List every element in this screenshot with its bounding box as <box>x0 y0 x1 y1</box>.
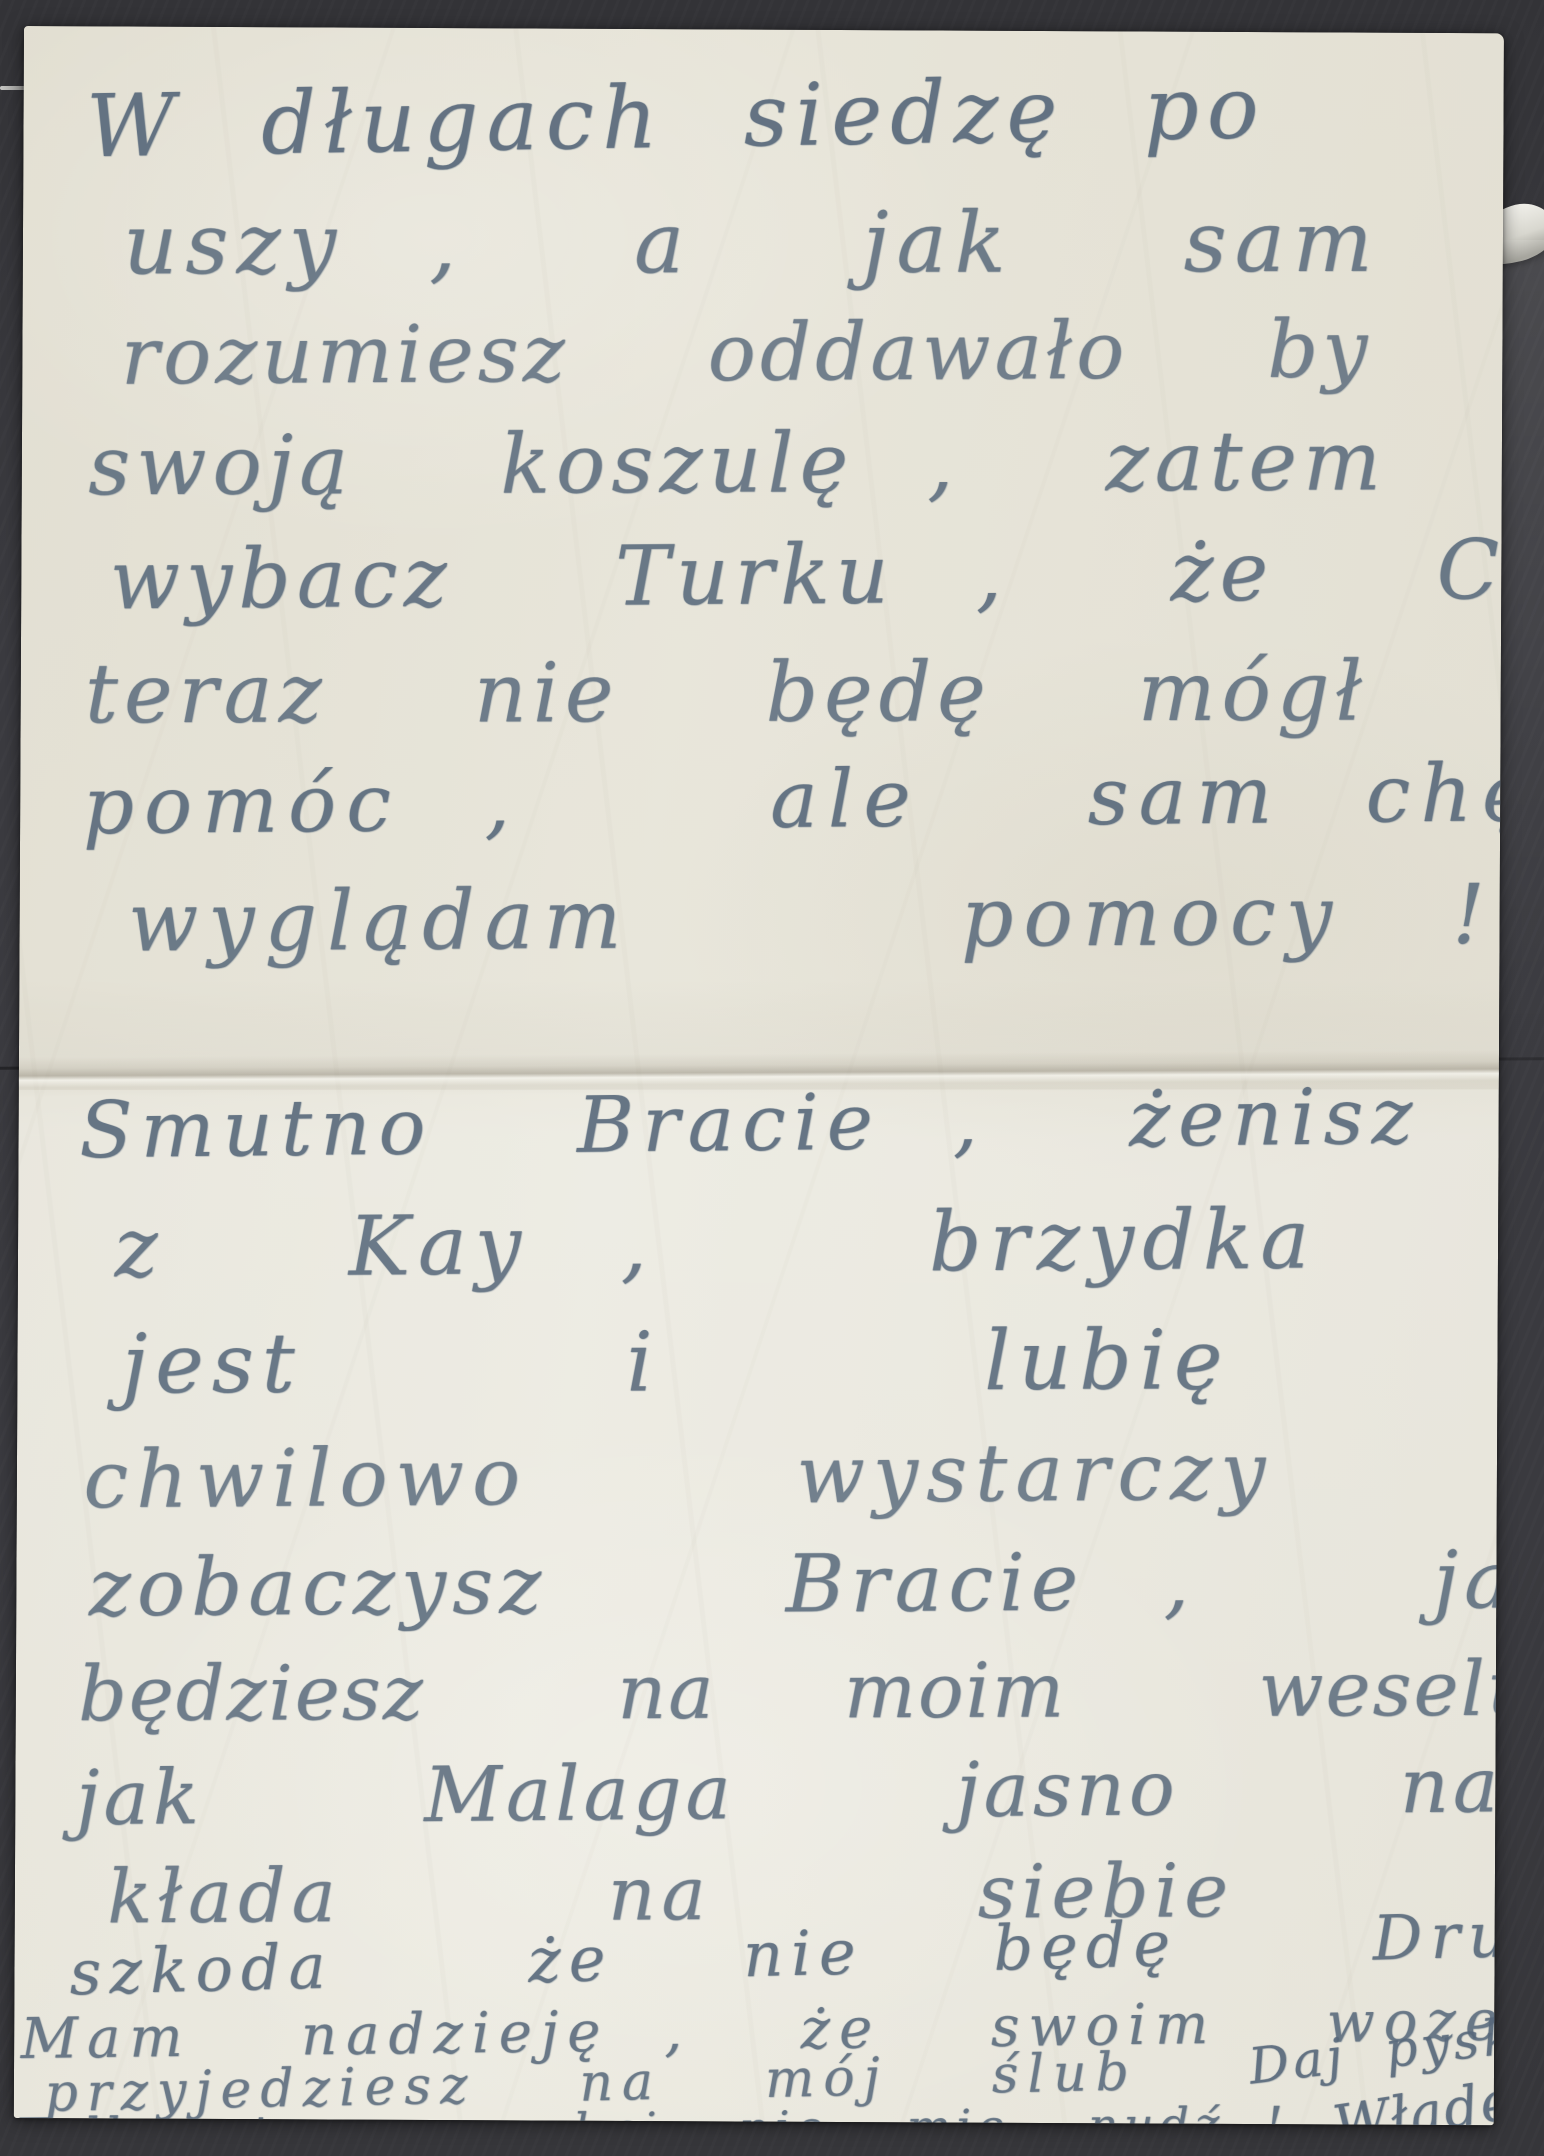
handwriting-line: teraz nie będę mógł <box>85 652 1368 737</box>
handwriting-line: z Kay , brzydka nie <box>114 1197 1504 1290</box>
background-light-band <box>1500 240 1544 1040</box>
handwriting-line: wybacz Turku , że Ci <box>109 530 1503 622</box>
handwriting-line: swoją koszulę , zatem <box>88 421 1387 508</box>
handwriting-line: jest i lubię ją , to <box>122 1317 1504 1407</box>
handwriting-line: uszy , a jak sam <box>123 200 1380 287</box>
handwriting-line: jak Malaga jasno na- <box>76 1747 1504 1836</box>
handwriting-line: chwilowo wystarczy <box>83 1432 1274 1521</box>
handwriting-line: wyglądam pomocy ! <box>128 875 1495 965</box>
handwriting-line: zobaczysz Bracie , jak <box>89 1540 1504 1628</box>
handwriting-line: Smutno Bracie , żenisz się <box>79 1075 1504 1171</box>
handwriting-line: będziesz na moim weselu , <box>78 1650 1504 1732</box>
handwriting-line: rozumiesz oddawało by <box>121 309 1372 396</box>
photo-background: W długach siedzę po uszy , a jak sam roz… <box>0 0 1544 2156</box>
handwriting-line: W długach siedzę po <box>86 65 1267 170</box>
handwriting-line: pomóc , ale sam chętnie <box>82 751 1504 846</box>
letter-paper: W długach siedzę po uszy , a jak sam roz… <box>14 26 1504 2125</box>
